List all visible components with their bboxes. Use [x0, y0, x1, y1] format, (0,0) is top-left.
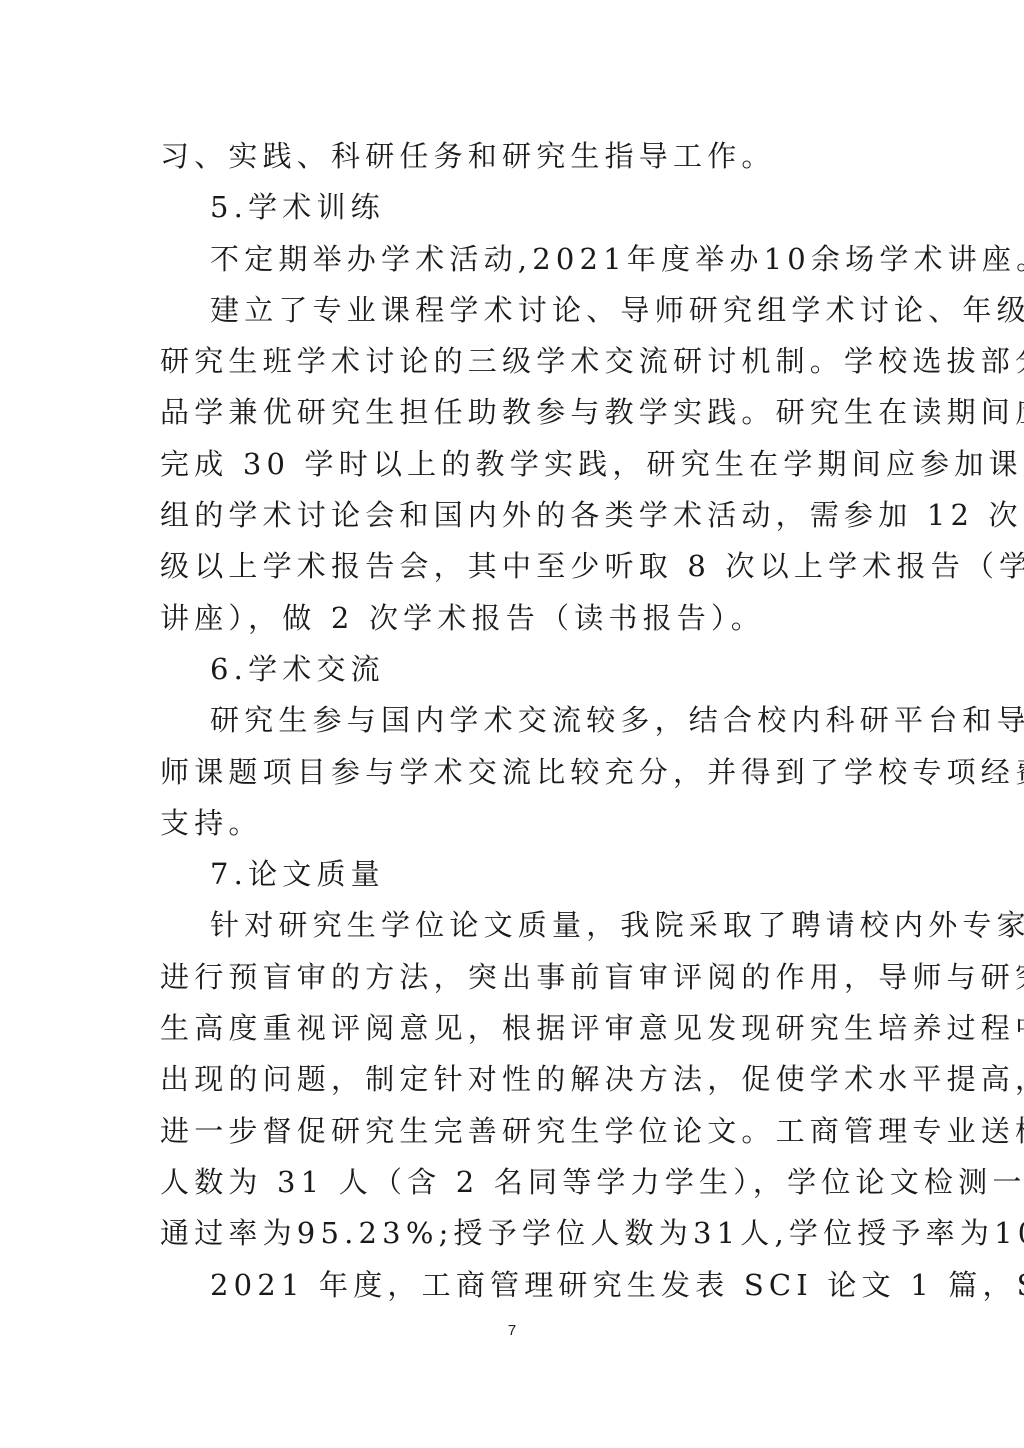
body-text: 习、实践、科研任务和研究生指导工作。5.学术训练不定期举办学术活动,2021年度… — [160, 131, 870, 1311]
document-page: 习、实践、科研任务和研究生指导工作。5.学术训练不定期举办学术活动,2021年度… — [0, 0, 1024, 1448]
text-line: 师课题项目参与学术交流比较充分，并得到了学校专项经费 — [160, 747, 870, 798]
text-line: 级以上学术报告会，其中至少听取 8 次以上学术报告（学术 — [160, 541, 870, 592]
text-line: 讲座），做 2 次学术报告（读书报告）。 — [160, 593, 870, 644]
text-line: 不定期举办学术活动,2021年度举办10余场学术讲座。 — [160, 234, 870, 285]
text-line: 品学兼优研究生担任助教参与教学实践。研究生在读期间应 — [160, 387, 870, 438]
text-line: 支持。 — [160, 798, 870, 849]
section-heading: 7.论文质量 — [160, 849, 870, 900]
text-line: 建立了专业课程学术讨论、导师研究组学术讨论、年级 — [160, 285, 870, 336]
text-line: 人数为 31 人（含 2 名同等学力学生），学位论文检测一次性 — [160, 1157, 870, 1208]
text-line: 研究生参与国内学术交流较多，结合校内科研平台和导 — [160, 695, 870, 746]
text-line: 2021 年度，工商管理研究生发表 SCI 论文 1 篇，SSCI — [160, 1260, 870, 1311]
page-number: 7 — [0, 1322, 1024, 1339]
text-line: 组的学术讨论会和国内外的各类学术活动，需参加 12 次院 — [160, 490, 870, 541]
text-line: 进行预盲审的方法，突出事前盲审评阅的作用，导师与研究 — [160, 952, 870, 1003]
text-line: 出现的问题，制定针对性的解决方法，促使学术水平提高， — [160, 1054, 870, 1105]
section-heading: 5.学术训练 — [160, 182, 870, 233]
text-line: 针对研究生学位论文质量，我院采取了聘请校内外专家 — [160, 900, 870, 951]
text-line: 进一步督促研究生完善研究生学位论文。工商管理专业送检 — [160, 1106, 870, 1157]
text-line: 生高度重视评阅意见，根据评审意见发现研究生培养过程中 — [160, 1003, 870, 1054]
text-line: 完成 30 学时以上的教学实践，研究生在学期间应参加课题 — [160, 439, 870, 490]
text-line: 研究生班学术讨论的三级学术交流研讨机制。学校选拔部分 — [160, 336, 870, 387]
text-line: 习、实践、科研任务和研究生指导工作。 — [160, 131, 870, 182]
text-line: 通过率为95.23%;授予学位人数为31人,学位授予率为100%。 — [160, 1208, 870, 1259]
section-heading: 6.学术交流 — [160, 644, 870, 695]
